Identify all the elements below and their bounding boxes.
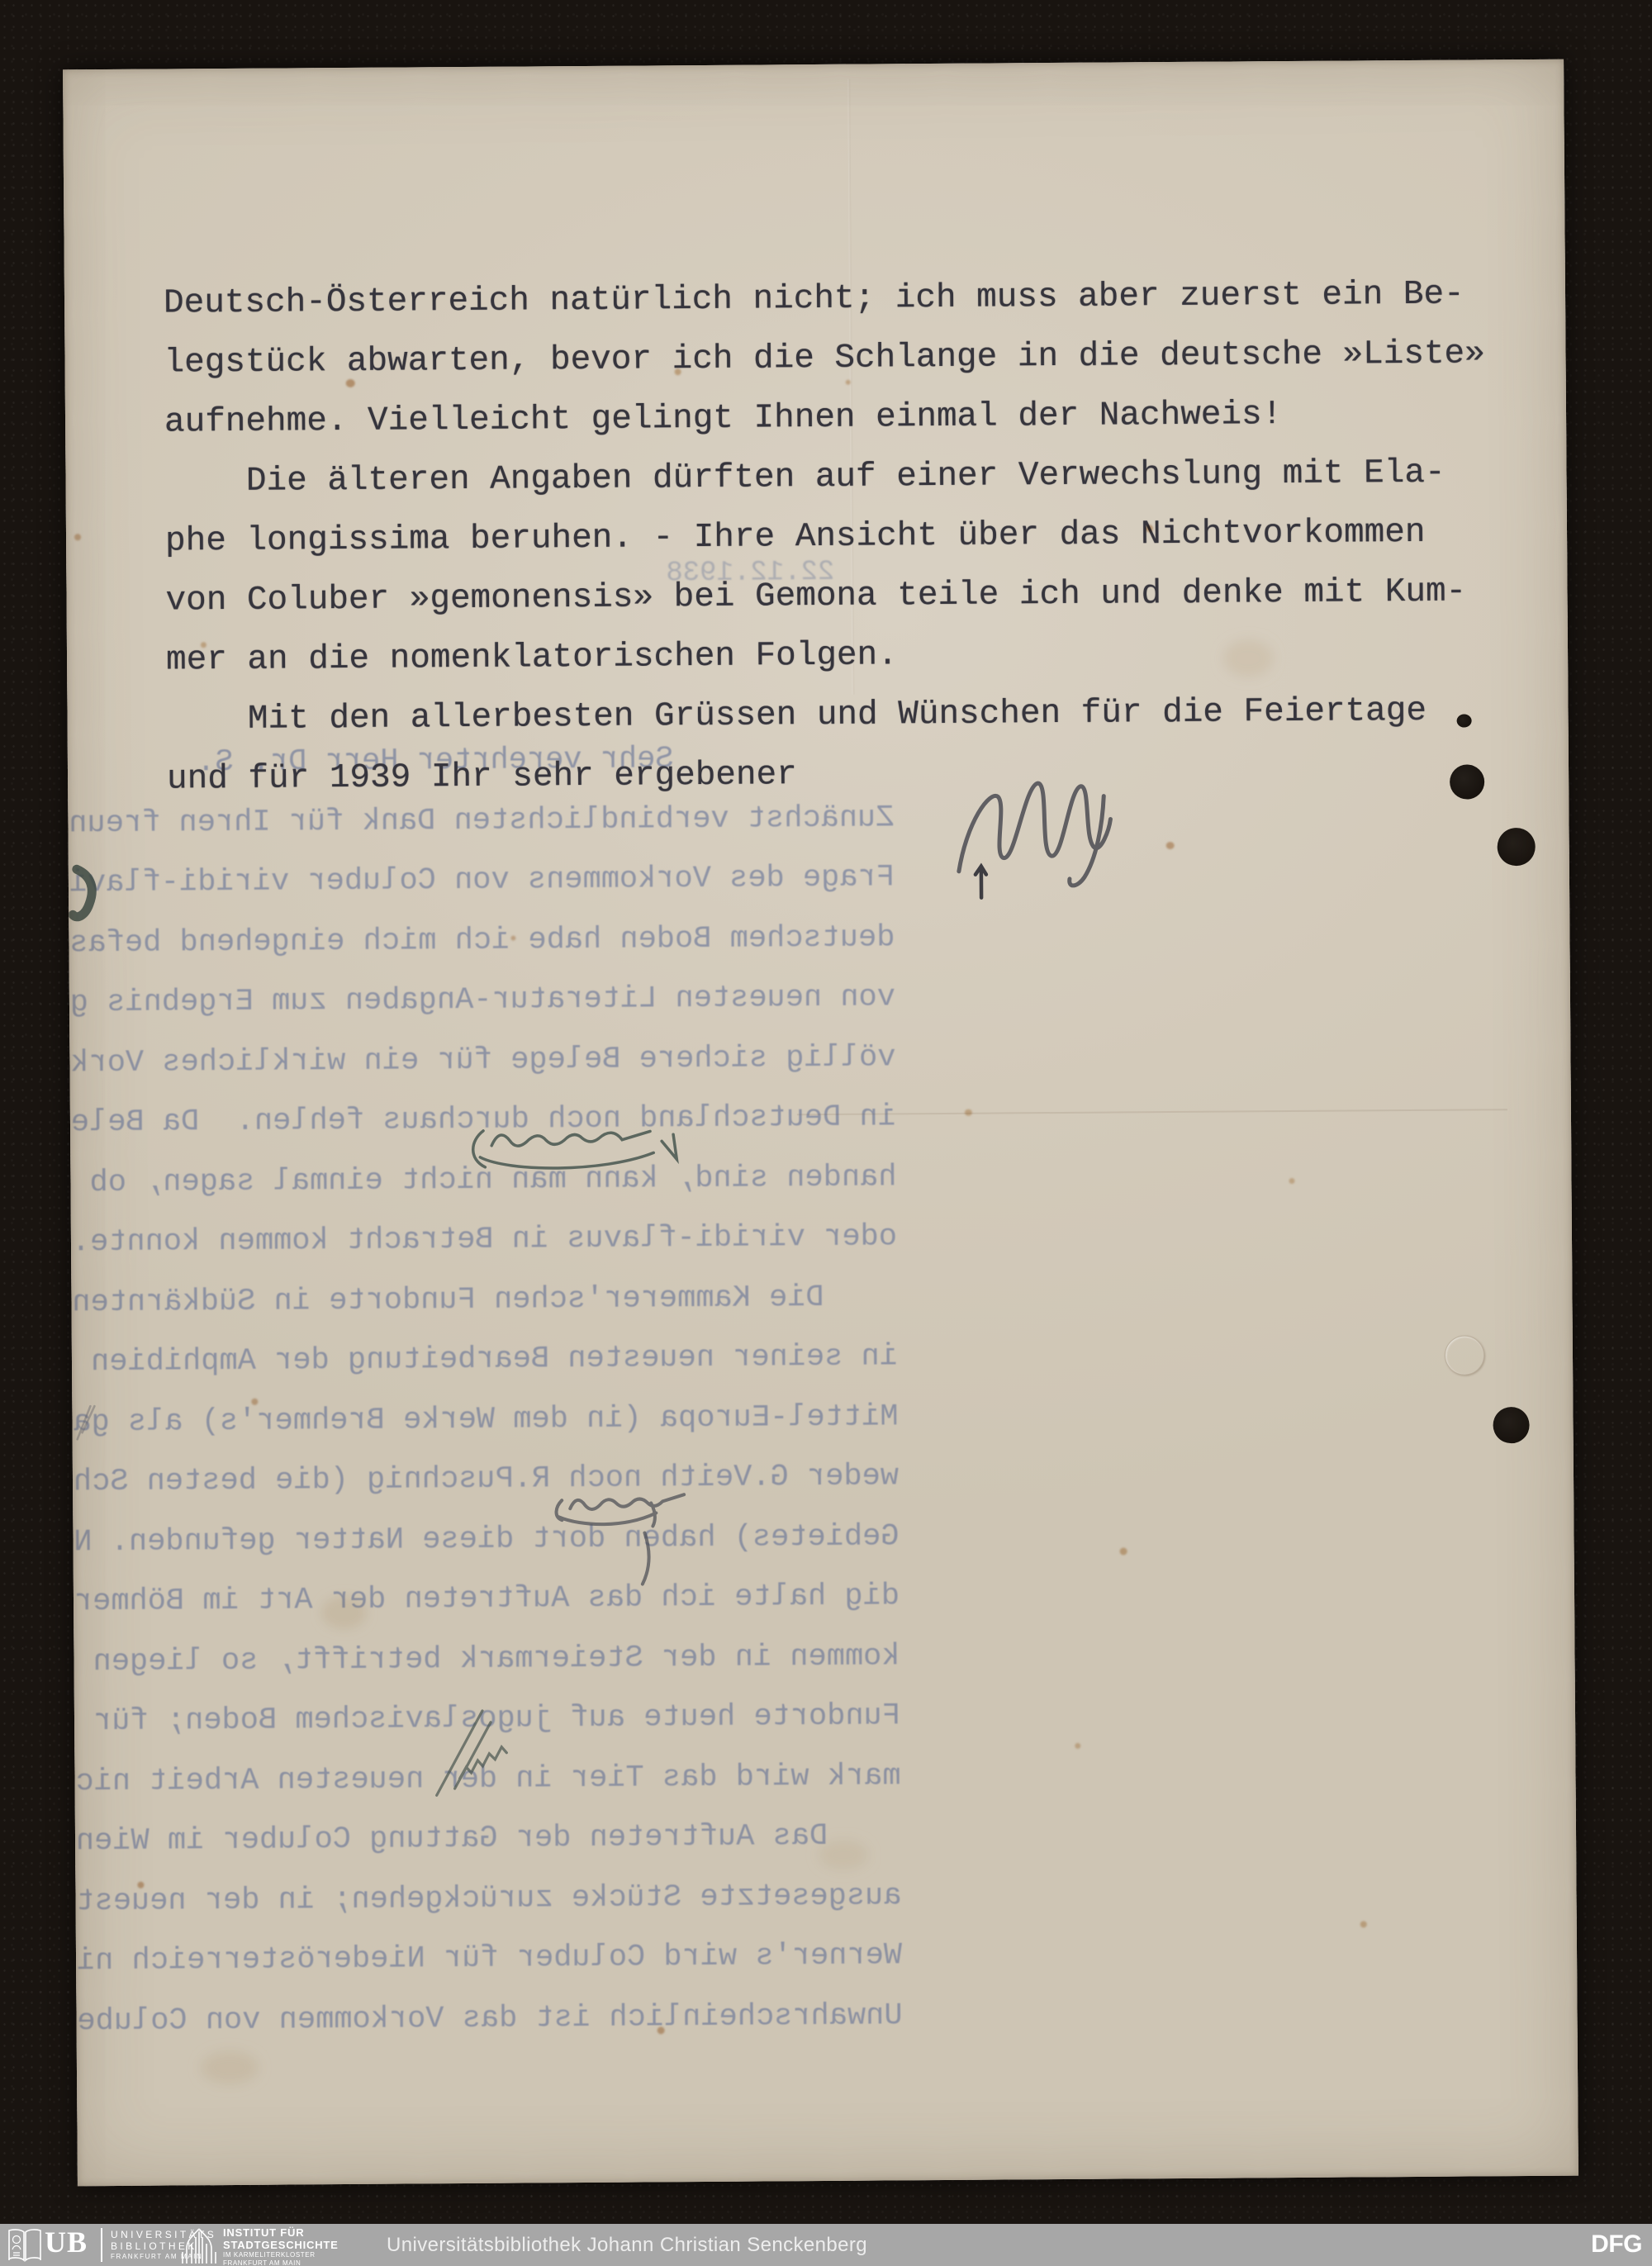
punch-hole <box>1457 714 1472 727</box>
ub-logo-abbr: UB <box>45 2225 88 2259</box>
margin-scribble <box>77 1406 94 1439</box>
institute-logo-text: INSTITUT FÜRSTADTGESCHICHTE IM KARMELITE… <box>223 2226 339 2266</box>
mirrored-annotation <box>436 1711 507 1796</box>
foxing-patch <box>1223 639 1273 677</box>
stain <box>74 534 81 540</box>
stain <box>1166 842 1175 849</box>
stain <box>846 380 851 385</box>
dfg-logo: DFG <box>1591 2230 1642 2259</box>
punch-hole <box>1498 828 1536 866</box>
text-line: IM KARMELITERKLOSTER <box>223 2251 339 2259</box>
stain <box>137 1882 144 1888</box>
digitization-footer: UB UNIVERSITÄTSBIBLIOTHEK FRANKFURT AM M… <box>0 2224 1652 2266</box>
institute-text-small: IM KARMELITERKLOSTERFRANKFURT AM MAIN <box>223 2251 339 2266</box>
library-name: Universitätsbibliothek Johann Christian … <box>387 2234 867 2257</box>
institute-arch-icon <box>180 2227 218 2264</box>
text-line: FRANKFURT AM MAIN <box>223 2259 339 2266</box>
scan-background: { "letter": { "typed_lines": [ "Deutsch-… <box>0 0 1652 2266</box>
stain <box>1289 1178 1294 1184</box>
institute-text-bold: INSTITUT FÜRSTADTGESCHICHTE <box>223 2226 339 2251</box>
ub-book-icon <box>7 2228 43 2263</box>
stain <box>657 2026 665 2034</box>
text-line: STADTGESCHICHTE <box>223 2239 339 2251</box>
letter-page: 22.12.1938 Sehr verehrter Herr Dr. S.Zun… <box>63 59 1578 2187</box>
punch-hole <box>1493 1407 1529 1443</box>
inline-annotation-2 <box>556 1494 685 1584</box>
stain <box>346 379 355 387</box>
stain <box>251 1399 258 1405</box>
foxing-patch <box>321 1596 367 1629</box>
stain <box>1075 1743 1080 1749</box>
stain <box>1120 1547 1127 1555</box>
ub-logo-divider <box>101 2228 102 2262</box>
handwritten-annotations <box>63 59 1578 2187</box>
stain <box>201 642 206 648</box>
stain <box>510 936 515 941</box>
margin-mark <box>73 869 93 917</box>
text-line: INSTITUT FÜR <box>223 2226 339 2239</box>
punch-hole <box>1450 764 1484 799</box>
stain <box>1360 1921 1367 1927</box>
stain <box>1146 525 1153 532</box>
inline-annotation-1 <box>473 1129 677 1168</box>
stain <box>965 1109 972 1116</box>
stain <box>675 368 681 375</box>
